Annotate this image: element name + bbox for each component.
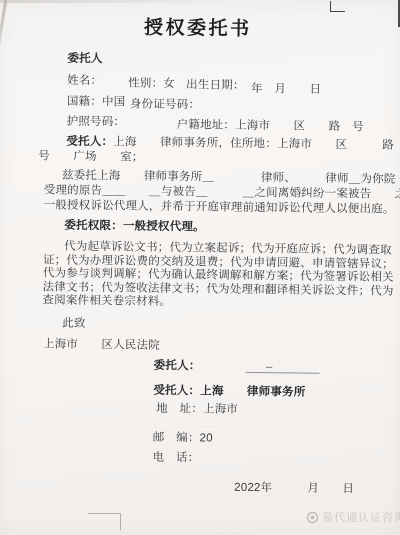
birthdate-field-label: 出生日期： (186, 76, 245, 93)
principal-heading: 委托人 (67, 50, 102, 66)
zip-value: 20 (200, 432, 213, 444)
document-title: 授权委托书 (0, 11, 396, 43)
nationality-field: 国籍：中国 (67, 93, 126, 110)
watermark-text: 易代通认证咨询 (322, 509, 400, 525)
watermark: 易代通认证咨询 (306, 509, 400, 525)
birthdate-field-value: 年 月 日 (251, 80, 321, 97)
residence-field: 户籍地址：上海市 区 路 号 (177, 116, 364, 134)
date-line: 2022年 月 日 (234, 479, 354, 496)
agent-intro-label: 受托人： (66, 136, 113, 149)
document-content: 授权委托书 委托人 姓名： 性别：女 出生日期： 年 月 日 国籍：中国 身份证… (0, 0, 400, 535)
signature-agent-row: 受托人：上海 律师事务所 (153, 382, 305, 400)
address-label: 地 址： (156, 403, 203, 416)
signature-principal-label: 委托人： (154, 360, 201, 373)
scan-smudge: …‥ (200, 420, 217, 429)
closing-salutation: 此致 (62, 315, 86, 331)
signature-phone-row: 电 话： (152, 449, 199, 466)
court-name: 上海市 区人民法院 (43, 335, 160, 352)
signature-address-row: 地 址：上海市 (156, 400, 238, 417)
signature-zip-row: 邮 编：20 (153, 429, 213, 446)
zip-label: 邮 编： (153, 432, 200, 445)
agent-intro-rest: 上海 律师事务所，住所地：上海市 区 路 (113, 136, 394, 151)
watermark-logo-icon (306, 511, 319, 524)
scope-heading: 委托权限：一般授权代理。 (64, 217, 205, 235)
signature-agent-label: 受托人： (153, 385, 200, 398)
id-number-field-label: 身份证号码： (130, 95, 200, 112)
agent-intro-line2: 号 广场 室； (38, 147, 144, 164)
gender-field: 性别：女 (128, 74, 175, 91)
address-value: 上海市 (203, 403, 238, 415)
passport-field-label: 护照号码： (67, 113, 126, 130)
powers-paragraph-line: 查阅案件相关卷宗材料。 (42, 291, 171, 309)
signature-agent-value: 上海 律师事务所 (200, 385, 305, 398)
scanned-document-page: 授权委托书 委托人 姓名： 性别：女 出生日期： 年 月 日 国籍：中国 身份证… (0, 0, 400, 535)
phone-label: 电 话： (152, 452, 199, 465)
name-field-label: 姓名： (67, 72, 102, 88)
entrust-paragraph-line: 一般授权诉讼代理人，并希于开庭审理前通知诉讼代理人以便出庭。 (44, 196, 395, 216)
